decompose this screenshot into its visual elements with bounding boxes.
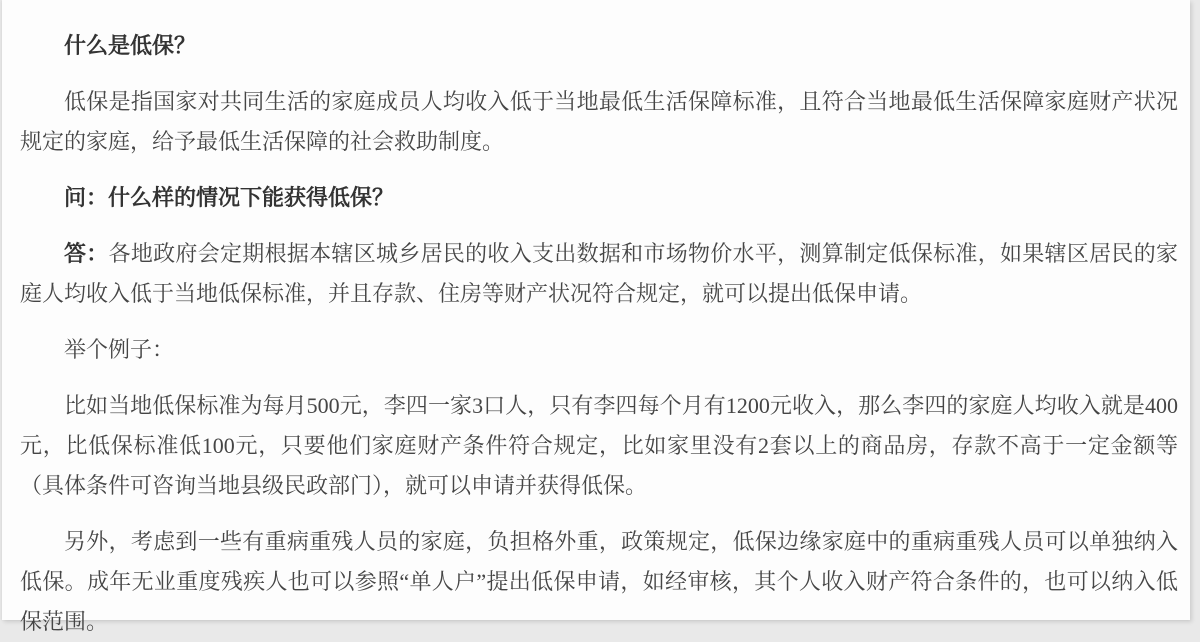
paragraph-additional-policy: 另外，考虑到一些有重病重残人员的家庭，负担格外重，政策规定，低保边缘家庭中的重病… <box>20 522 1178 627</box>
heading-what-is-dibao: 什么是低保？ <box>20 26 1178 66</box>
document-page: 什么是低保？ 低保是指国家对共同生活的家庭成员人均收入低于当地最低生活保障标准，… <box>2 0 1190 620</box>
paragraph-example-lead: 举个例子： <box>20 330 1178 370</box>
paragraph-answer: 答：各地政府会定期根据本辖区城乡居民的收入支出数据和市场物价水平，测算制定低保标… <box>20 234 1178 314</box>
answer-text: 各地政府会定期根据本辖区城乡居民的收入支出数据和市场物价水平，测算制定低保标准，… <box>20 241 1178 306</box>
paragraph-definition: 低保是指国家对共同生活的家庭成员人均收入低于当地最低生活保障标准，且符合当地最低… <box>20 82 1178 162</box>
answer-label: 答： <box>64 241 109 266</box>
heading-question-eligibility: 问：什么样的情况下能获得低保？ <box>20 178 1178 218</box>
paragraph-example: 比如当地低保标准为每月500元，李四一家3口人，只有李四每个月有1200元收入，… <box>20 386 1178 506</box>
